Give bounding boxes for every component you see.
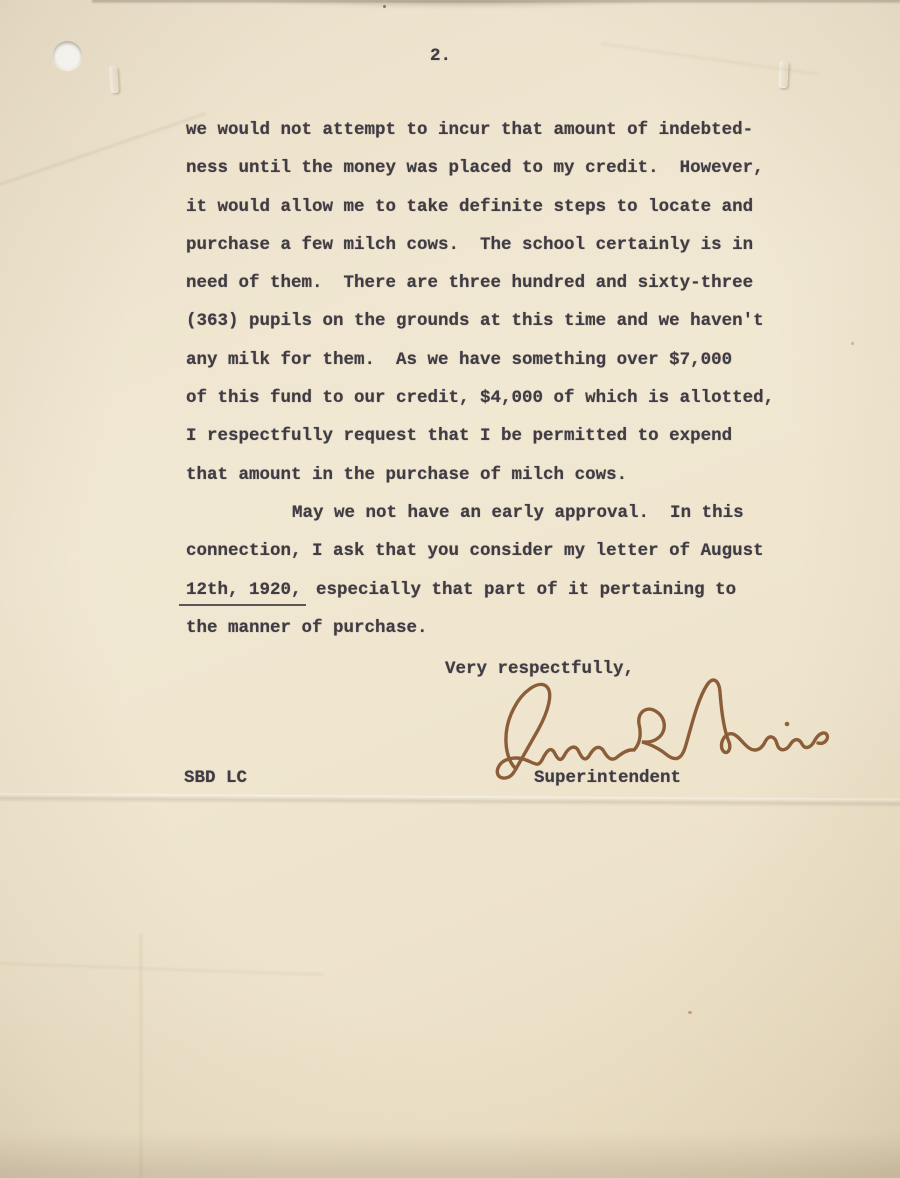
paper-speck [851, 342, 854, 345]
paper-crease [0, 962, 324, 976]
typed-line: connection, I ask that you consider my l… [186, 532, 774, 570]
fold-crease [0, 793, 900, 808]
typed-line: I respectfully request that I be permitt… [186, 417, 774, 455]
typed-line: May we not have an early approval. In th… [186, 494, 774, 532]
typed-line: of this fund to our credit, $4,000 of wh… [186, 379, 774, 417]
punch-hole [53, 41, 82, 70]
signature-title: Superintendent [534, 759, 681, 797]
scan-top-shadow [250, 0, 670, 9]
typed-line: that amount in the purchase of milch cow… [186, 456, 774, 494]
paper-speck [688, 1011, 692, 1014]
typed-line: need of them. There are three hundred an… [186, 264, 774, 302]
scanned-letter-page: 2. we would not attempt to incur that am… [0, 0, 900, 1178]
emboss-mark [778, 61, 788, 88]
typed-line: the manner of purchase. [186, 609, 774, 647]
typed-line: we would not attempt to incur that amoun… [186, 111, 774, 149]
letter-body: we would not attempt to incur that amoun… [186, 111, 774, 647]
typed-line: purchase a few milch cows. The school ce… [186, 226, 774, 264]
typed-line: 12th, 1920, especially that part of it p… [186, 571, 774, 609]
typed-line: ness until the money was placed to my cr… [186, 149, 774, 187]
typed-line: it would allow me to take definite steps… [186, 188, 774, 226]
typed-line: any milk for them. As we have something … [186, 341, 774, 379]
page-number: 2. [430, 37, 451, 75]
emboss-mark [109, 66, 119, 93]
typed-line: (363) pupils on the grounds at this time… [186, 302, 774, 340]
closing-salutation: Very respectfully, [445, 650, 634, 688]
reference-initials: SBD LC [184, 759, 247, 797]
paper-crease [0, 113, 206, 190]
paper-crease [140, 934, 142, 1178]
